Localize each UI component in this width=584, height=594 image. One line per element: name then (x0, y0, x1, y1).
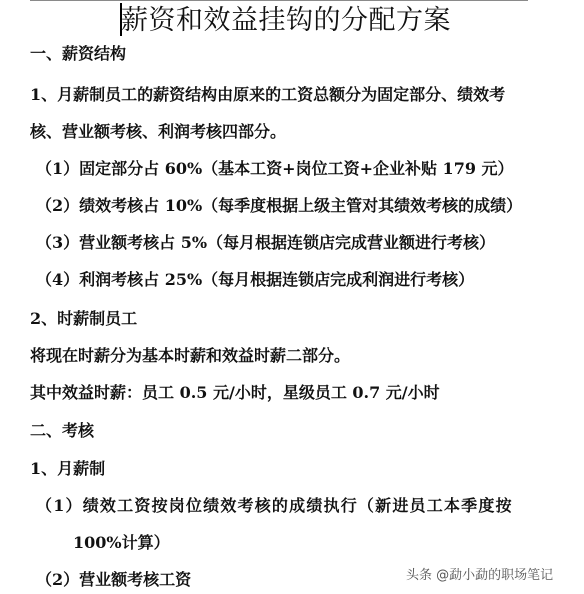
watermark: 头条 @勐小勐的职场笔记 (406, 564, 553, 583)
section-heading-assessment: 二、考核 (30, 421, 94, 441)
list-item-performance-pay-cont: 100%计算） (73, 533, 170, 553)
list-item-revenue: （3）营业额考核占 5%（每月根据连锁店完成营业额进行考核） (36, 233, 495, 253)
list-item-revenue-pay: （2）营业额考核工资 (36, 570, 191, 590)
paragraph-hourly-split: 将现在时薪分为基本时薪和效益时薪二部分。 (30, 346, 350, 366)
paragraph-hourly-rates: 其中效益时薪：员工 0.5 元/小时，星级员工 0.7 元/小时 (30, 383, 440, 403)
document-title: 薪资和效益挂钩的分配方案 (121, 4, 451, 38)
section-heading-salary-structure: 一、薪资结构 (30, 44, 126, 64)
list-item-performance: （2）绩效考核占 10%（每季度根据上级主管对其绩效考核的成绩） (36, 196, 522, 216)
page-top-rule (30, 0, 528, 1)
subheading-hourly-staff: 2、时薪制员工 (30, 309, 137, 329)
list-item-profit: （4）利润考核占 25%（每月根据连锁店完成利润进行考核） (36, 270, 474, 290)
list-item-fixed-part: （1）固定部分占 60%（基本工资+岗位工资+企业补贴 179 元） (36, 159, 514, 179)
paragraph-monthly-salary: 1、月薪制员工的薪资结构由原来的工资总额分为固定部分、绩效考 (30, 85, 505, 105)
list-item-performance-pay: （1）绩效工资按岗位绩效考核的成绩执行（新进员工本季度按 (36, 496, 513, 516)
paragraph-monthly-salary-cont: 核、营业额考核、利润考核四部分。 (30, 122, 286, 142)
subheading-monthly: 1、月薪制 (30, 459, 105, 479)
